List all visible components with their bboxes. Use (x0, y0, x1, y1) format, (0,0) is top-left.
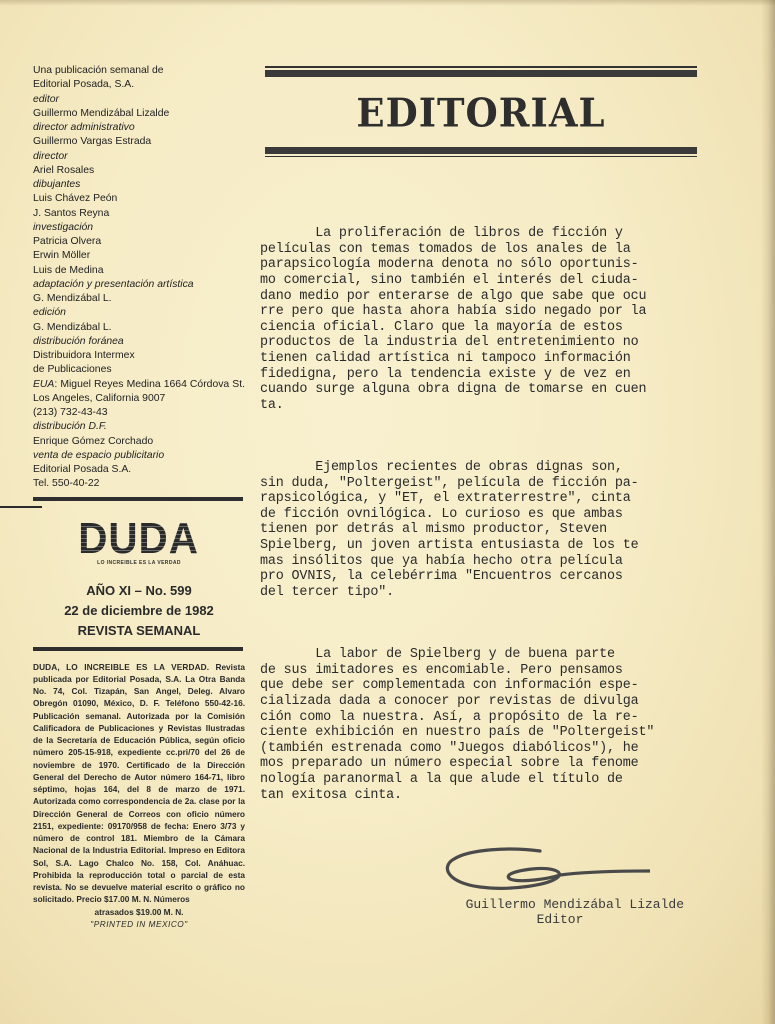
header-rule-thin (265, 66, 697, 68)
header-rule-thick (265, 147, 697, 154)
credit-role: director (33, 150, 245, 164)
credit-name: G. Mendizábal L. (33, 292, 245, 306)
editorial-paragraph: La labor de Spielberg y de buena parte d… (260, 647, 720, 803)
legal-lead: DUDA, LO INCREIBLE ES LA VERDAD. (33, 662, 209, 672)
issue-date: 22 de diciembre de 1982 (33, 601, 245, 621)
masthead-sidebar: Una publicación semanal de Editorial Pos… (33, 64, 245, 930)
credit-name: G. Mendizábal L. (33, 321, 245, 335)
credit-name: Luis de Medina (33, 264, 245, 278)
masthead-credits: Una publicación semanal de Editorial Pos… (33, 64, 245, 492)
legal-body: Revista publicada por Editorial Posada, … (33, 662, 245, 905)
section-divider (33, 497, 243, 501)
credit-role: distribución foránea (33, 335, 245, 349)
credit-name: J. Santos Reyna (33, 207, 245, 221)
credit-name: Patricia Olvera (33, 235, 245, 249)
credit-role: editor (33, 93, 245, 107)
credit-role: venta de espacio publicitario (33, 449, 245, 463)
logo-wordmark: DUDA (79, 519, 200, 559)
credit-role: edición (33, 306, 245, 320)
legal-notice: DUDA, LO INCREIBLE ES LA VERDAD. Revista… (33, 661, 245, 931)
issue-type: REVISTA SEMANAL (33, 621, 245, 641)
signature-title: Editor (420, 912, 700, 927)
credit-name: Erwin Möller (33, 249, 245, 263)
editorial-section: EDITORIAL La proliferación de libros de … (260, 66, 720, 850)
credit-role: distribución D.F. (33, 420, 245, 434)
credit-name: Guillermo Mendizábal Lizalde (33, 107, 245, 121)
credit-role: dibujantes (33, 178, 245, 192)
credit-name: Luis Chávez Peón (33, 192, 245, 206)
publisher-intro-line: Una publicación semanal de (33, 64, 245, 78)
credit-phone: Tel. 550-40-22 (33, 477, 245, 491)
legal-back-issues: atrasados $19.00 M. N. (33, 906, 245, 918)
signature-icon (440, 845, 650, 893)
credit-name: Distribuidora Intermex (33, 349, 245, 363)
magazine-logo: DUDA LO INCREIBLE ES LA VERDAD (33, 519, 245, 566)
editorial-paragraph: Ejemplos recientes de obras dignas son, … (260, 460, 720, 600)
page-top-shadow (0, 0, 775, 6)
signature-block: Guillermo Mendizábal Lizalde Editor (420, 845, 700, 927)
credit-name: Guillermo Vargas Estrada (33, 135, 245, 149)
publisher-intro-line: Editorial Posada, S.A. (33, 78, 245, 92)
credit-name: Enrique Gómez Corchado (33, 435, 245, 449)
eua-label: EUA (33, 379, 54, 390)
eua-phone: (213) 732-43-43 (33, 406, 245, 420)
eua-address: : Miguel Reyes Medina 1664 Córdova St. L… (33, 379, 245, 404)
section-divider (33, 647, 243, 651)
signature-name: Guillermo Mendizábal Lizalde (420, 897, 700, 912)
printed-in-mexico: "PRINTED IN MEXICO" (33, 918, 245, 930)
issue-info: AÑO XI – No. 599 22 de diciembre de 1982… (33, 581, 245, 641)
credit-name: Ariel Rosales (33, 164, 245, 178)
editorial-title: EDITORIAL (265, 92, 697, 134)
page-edge-shadow (761, 0, 775, 1024)
credit-role: adaptación y presentación artística (33, 278, 245, 292)
credit-role: director administrativo (33, 121, 245, 135)
editorial-body: La proliferación de libros de ficción y … (260, 195, 720, 850)
eua-distribution: EUA: Miguel Reyes Medina 1664 Córdova St… (33, 378, 245, 407)
credit-name: de Publicaciones (33, 363, 245, 377)
issue-volume: AÑO XI – No. 599 (33, 581, 245, 601)
header-rule-thin (265, 156, 697, 158)
credit-role: investigación (33, 221, 245, 235)
editorial-paragraph: La proliferación de libros de ficción y … (260, 226, 720, 413)
credit-name: Editorial Posada S.A. (33, 463, 245, 477)
header-rule-thick (265, 70, 697, 77)
